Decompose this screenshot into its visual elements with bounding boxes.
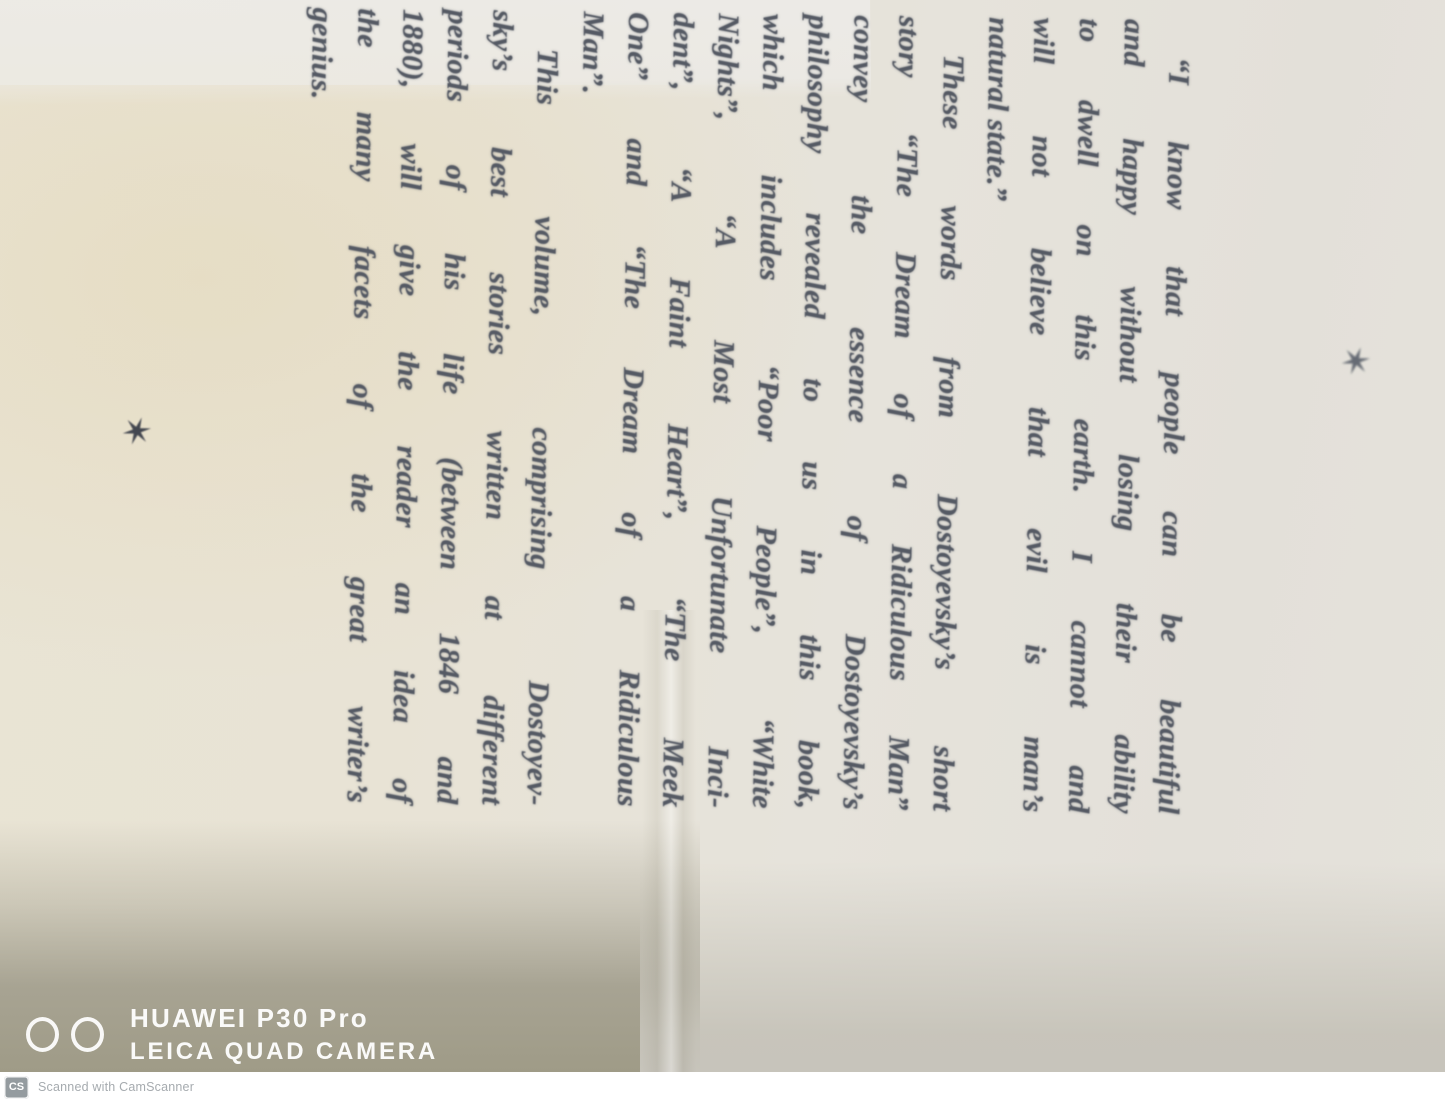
watermark-text: HUAWEI P30 Pro LEICA QUAD CAMERA bbox=[130, 1004, 438, 1064]
page-text-block: “I know that people can be beautiful and… bbox=[289, 7, 1202, 815]
book-page-photo: “I know that people can be beautiful and… bbox=[0, 0, 1445, 1072]
leica-lens-icon bbox=[26, 1017, 104, 1052]
asterisk-ornament-bottom: ✶ bbox=[114, 409, 158, 453]
lens-circle-icon bbox=[26, 1017, 59, 1052]
watermark-device-label: HUAWEI P30 Pro bbox=[130, 1004, 438, 1032]
camscanner-label: Scanned with CamScanner bbox=[38, 1080, 194, 1094]
huawei-watermark: HUAWEI P30 Pro LEICA QUAD CAMERA bbox=[26, 1004, 438, 1064]
asterisk-ornament-top: ✶ bbox=[1333, 339, 1377, 383]
watermark-camera-label: LEICA QUAD CAMERA bbox=[130, 1039, 438, 1064]
camscanner-footer: CS Scanned with CamScanner bbox=[0, 1072, 1445, 1102]
shadow-bottom-right bbox=[640, 862, 1445, 1072]
camscanner-export: “I know that people can be beautiful and… bbox=[0, 0, 1445, 1102]
camscanner-badge-icon: CS bbox=[4, 1076, 29, 1099]
lens-circle-icon bbox=[71, 1017, 104, 1052]
